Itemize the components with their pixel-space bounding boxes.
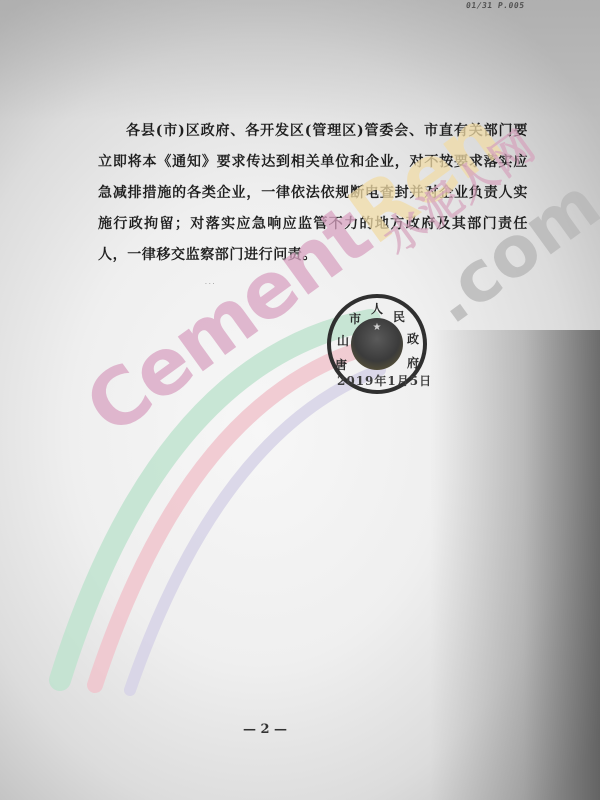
seal-char: 政 bbox=[407, 330, 419, 347]
seal-char: 民 bbox=[393, 308, 405, 325]
seal-char: 人 bbox=[371, 300, 383, 317]
seal-char: 府 bbox=[407, 354, 419, 371]
body-text: 各县(市)区政府、各开发区(管理区)管委会、市直有关部门要立即将本《通知》要求传… bbox=[98, 116, 528, 271]
paragraph: 各县(市)区政府、各开发区(管理区)管委会、市直有关部门要立即将本《通知》要求传… bbox=[98, 116, 528, 271]
seal-char: 市 bbox=[349, 310, 361, 327]
seal-char: 唐 bbox=[335, 356, 347, 373]
document-date: 2019年1月5日 bbox=[337, 372, 432, 389]
top-shadow bbox=[0, 0, 600, 120]
seal-char: 山 bbox=[337, 332, 349, 349]
page-number: — 2 — bbox=[0, 722, 530, 737]
fax-header: 01/31 P.005 bbox=[465, 1, 525, 10]
document-page: 01/31 P.005 各县(市)区政府、各开发区(管理区)管委会、市直有关部门… bbox=[0, 0, 600, 800]
stray-marks: · · · bbox=[205, 281, 215, 288]
watermark-arcs-icon bbox=[40, 300, 560, 700]
